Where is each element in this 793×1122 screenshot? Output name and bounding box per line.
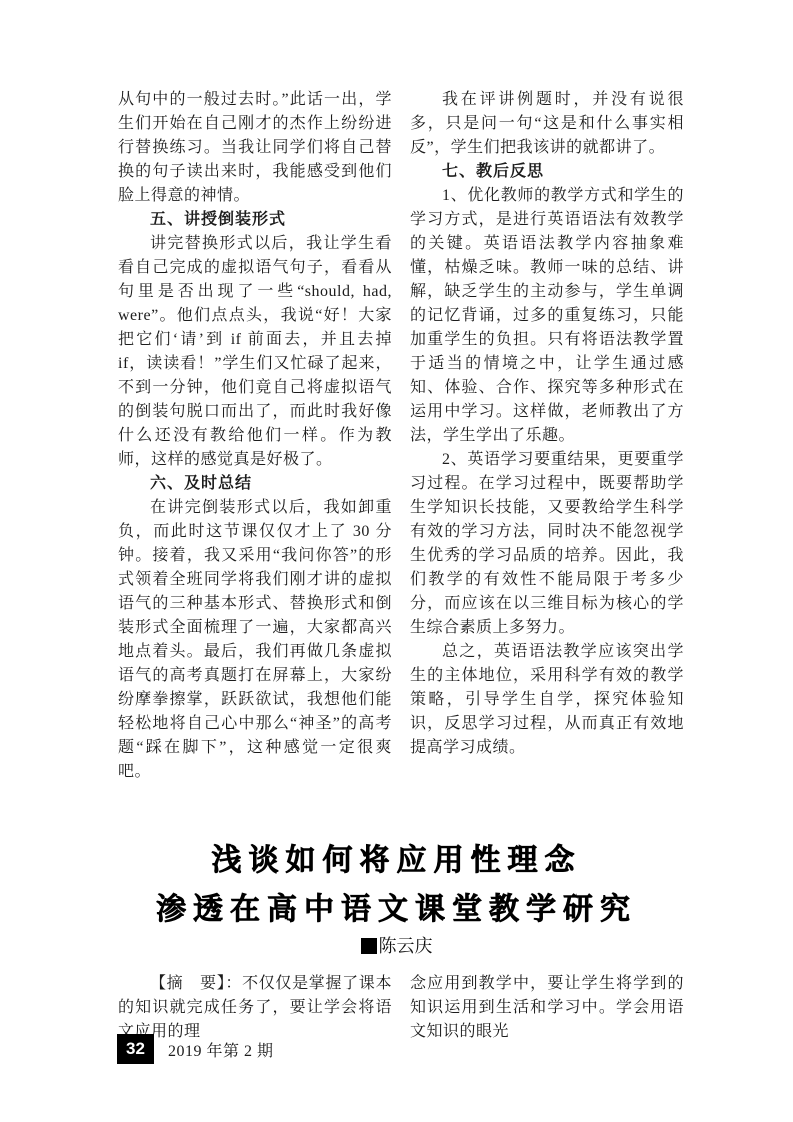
article-body-columns: 从句中的一般过去时。”此话一出，学生们开始在自己刚才的杰作上纷纷进行替换练习。当… xyxy=(118,88,685,784)
body-paragraph: 在讲完倒装形式以后，我如卸重负，而此时这节课仅仅才上了 30 分钟。接着，我又采… xyxy=(118,496,392,784)
body-paragraph: 我在评讲例题时，并没有说很多，只是问一句“这是和什么事实相反”，学生们把我该讲的… xyxy=(410,88,684,160)
body-paragraph: 2、英语学习要重结果，更要重学习过程。在学习过程中，既要帮助学生学知识长技能，又… xyxy=(410,448,684,640)
body-paragraph: 念应用到教学中，要让学生将学到的知识运用到生活和学习中。学会用语文知识的眼光 xyxy=(410,972,684,1044)
right-column: 我在评讲例题时，并没有说很多，只是问一句“这是和什么事实相反”，学生们把我该讲的… xyxy=(410,88,684,784)
section-heading: 五、讲授倒装形式 xyxy=(118,208,392,232)
abstract-right-column: 念应用到教学中，要让学生将学到的知识运用到生活和学习中。学会用语文知识的眼光 xyxy=(410,972,684,1044)
section-heading: 七、教后反思 xyxy=(410,160,684,184)
article-title-line-2: 渗透在高中语文课堂教学研究 xyxy=(0,885,793,934)
page-number-badge: 32 xyxy=(117,1034,154,1064)
author-square-icon xyxy=(361,938,377,954)
article-title-line-1: 浅谈如何将应用性理念 xyxy=(0,836,793,885)
page-footer: 32 2019 年第 2 期 xyxy=(117,1034,274,1064)
issue-label: 2019 年第 2 期 xyxy=(168,1038,274,1061)
section-heading: 六、及时总结 xyxy=(118,472,392,496)
next-article-title: 浅谈如何将应用性理念 渗透在高中语文课堂教学研究 xyxy=(0,836,793,934)
body-paragraph: 总之，英语语法教学应该突出学生的主体地位，采用科学有效的教学策略，引导学生自学，… xyxy=(410,640,684,760)
left-column: 从句中的一般过去时。”此话一出，学生们开始在自己刚才的杰作上纷纷进行替换练习。当… xyxy=(118,88,392,784)
author-line: 陈云庆 xyxy=(0,932,793,958)
body-paragraph: 从句中的一般过去时。”此话一出，学生们开始在自己刚才的杰作上纷纷进行替换练习。当… xyxy=(118,88,392,208)
body-paragraph: 1、优化教师的教学方式和学生的学习方式，是进行英语语法有效教学的关键。英语语法教… xyxy=(410,184,684,448)
author-name: 陈云庆 xyxy=(379,936,433,956)
journal-page: 从句中的一般过去时。”此话一出，学生们开始在自己刚才的杰作上纷纷进行替换练习。当… xyxy=(0,0,793,1122)
body-paragraph: 讲完替换形式以后，我让学生看看自己完成的虚拟语气句子，看看从句里是否出现了一些“… xyxy=(118,232,392,472)
